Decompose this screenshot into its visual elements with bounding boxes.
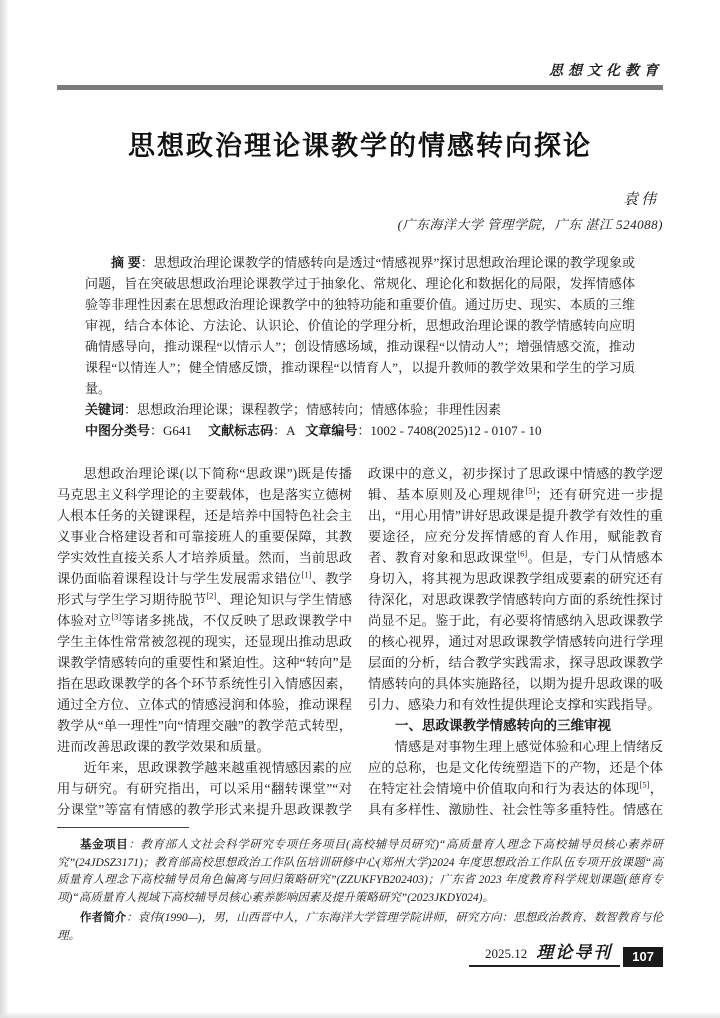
doc-code-label: 文献标志码 (208, 423, 273, 438)
abstract-paragraph: 摘 要：思想政治理论课教学的情感转向是透过“情感视界”探讨思想政治理论课的教学现… (85, 252, 635, 399)
footer-page-number: 107 (623, 947, 663, 967)
body-column-left: 思想政治理论课(以下简称“思政课”)既是传播马克思主义科学理论的主要载体，也是落… (57, 463, 352, 821)
article-id-value: ：1002 - 7408(2025)12 - 0107 - 10 (357, 423, 541, 438)
abstract-label: 摘 要 (111, 255, 141, 270)
journal-section-label: 思想文化教育 (57, 0, 663, 80)
page-footer: 2025.12 理论导刊 107 (469, 938, 663, 967)
funding-note: 基金项目：教育部人文社会科学研究专项任务项目(高校辅导员研究)“高质量育人理念下… (57, 837, 663, 907)
clc-label: 中图分类号 (85, 423, 150, 438)
funding-text: ：教育部人文社会科学研究专项任务项目(高校辅导员研究)“高质量育人理念下高校辅导… (57, 839, 663, 904)
citation-marker: [5] (525, 486, 535, 496)
footer-rule: 2025.12 理论导刊 (469, 938, 620, 967)
author-affiliation: (广东海洋大学 管理学院，广东 湛江 524088) (57, 214, 663, 233)
body-paragraph: 政课中的意义，初步探讨了思政课中情感的教学逻辑、基本原则及心理规律[5]；还有研… (368, 463, 663, 715)
footer-issue: 2025.12 (485, 946, 527, 962)
scan-edge-shadow-left (0, 0, 9, 1018)
meta-spacer-1 (192, 423, 208, 438)
citation-marker: [1] (301, 570, 311, 580)
header-rule-bar (57, 85, 663, 90)
body-paragraph: 思想政治理论课(以下简称“思政课”)既是传播马克思主义科学理论的主要载体，也是落… (57, 463, 352, 757)
abstract-text: ：思想政治理论课教学的情感转向是透过“情感视界”探讨思想政治理论课的教学现象或问… (85, 255, 635, 396)
citation-marker: [5] (640, 780, 650, 790)
meta-spacer-2 (296, 423, 306, 438)
footnote-separator (57, 827, 189, 828)
funding-label: 基金项目 (80, 839, 128, 851)
article-title: 思想政治理论课教学的情感转向探论 (57, 124, 663, 163)
meta-line: 中图分类号：G641 文献标志码：A 文章编号：1002 - 7408(2025… (85, 420, 635, 441)
body-column-right: 政课中的意义，初步探讨了思政课中情感的教学逻辑、基本原则及心理规律[5]；还有研… (368, 463, 663, 821)
footer-journal-name: 理论导刊 (536, 938, 612, 963)
keywords-text: ：思想政治理论课；课程教学；情感转向；情感体验；非理性因素 (124, 402, 501, 417)
scan-edge-shadow-bottom (0, 1011, 720, 1018)
author-bio-label: 作者简介 (80, 912, 126, 924)
keywords-line: 关键词：思想政治理论课；课程教学；情感转向；情感体验；非理性因素 (85, 399, 635, 420)
page-content: 思想文化教育 思想政治理论课教学的情感转向探论 袁伟 (广东海洋大学 管理学院，… (57, 0, 663, 945)
citation-marker: [6] (517, 549, 527, 559)
citation-marker: [3] (111, 612, 121, 622)
doc-code-value: ：A (273, 423, 295, 438)
keywords-label: 关键词 (85, 402, 124, 417)
section-heading: 一、思政课教学情感转向的三维审视 (368, 715, 663, 736)
body-paragraph: 情感是对事物生理上感觉体验和心理上情绪反应的总称，也是文化传统塑造下的产物，还是… (368, 736, 663, 821)
citation-marker: [2] (206, 591, 216, 601)
clc-value: ：G641 (150, 423, 192, 438)
author-name: 袁伟 (57, 188, 663, 209)
article-id-label: 文章编号 (305, 423, 357, 438)
body-two-columns: 思想政治理论课(以下简称“思政课”)既是传播马克思主义科学理论的主要载体，也是落… (57, 463, 663, 821)
body-paragraph: 近年来，思政课教学越来越重视情感因素的应用与研究。有研究指出，可以采用“翻转课堂… (57, 757, 352, 821)
